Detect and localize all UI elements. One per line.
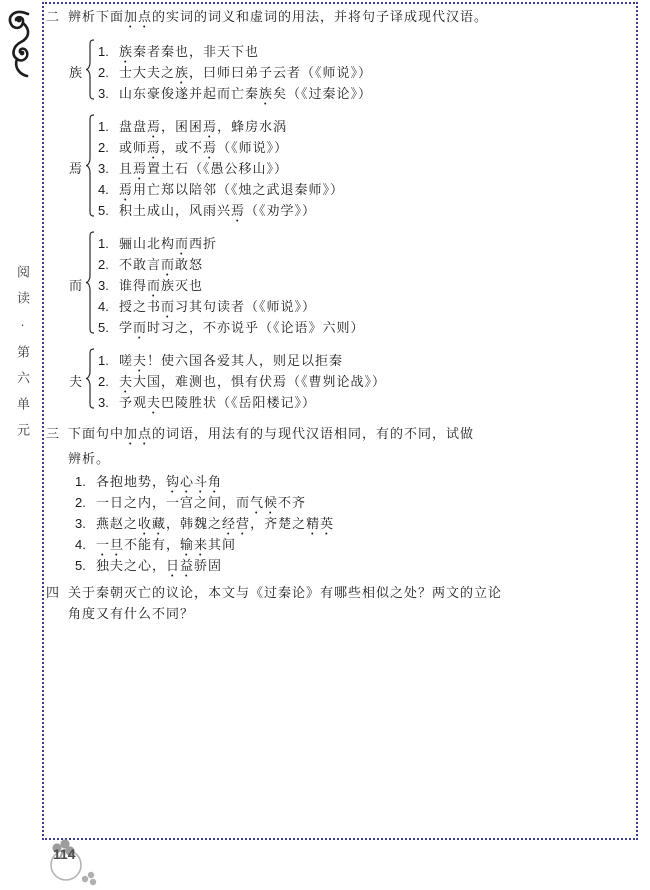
emphasized-word: 族 xyxy=(119,44,133,59)
text-line: 关于秦朝灭亡的议论，本文与《过秦论》有哪些相似之处？两文的立论 xyxy=(68,582,630,603)
emphasized-word: 而 xyxy=(147,278,161,293)
item-number: 1. xyxy=(75,471,96,492)
exercise-item: 2.士大夫之族，曰师曰弟子云者（《师说》） xyxy=(98,62,630,83)
emphasized-word: 收藏 xyxy=(138,516,166,531)
item-number: 2. xyxy=(98,371,119,392)
text-run: 燕赵之 xyxy=(96,516,138,531)
text-run: ，曰师曰弟子云者（《师说》） xyxy=(189,65,372,80)
text-run: 嗟 xyxy=(119,353,133,368)
text-run: 独夫之心， xyxy=(96,558,166,573)
item-text: 不敢言而敢怒 xyxy=(119,254,203,275)
emphasized-word: 焉 xyxy=(133,161,147,176)
item-text: 族秦者秦也，非天下也 xyxy=(119,41,259,62)
exercise-item: 4.焉用亡郑以陪邻（《烛之武退秦师》） xyxy=(98,179,630,200)
emphasized-word: 一旦 xyxy=(96,537,124,552)
text-run: 不齐 xyxy=(278,495,306,510)
item-text: 士大夫之族，曰师曰弟子云者（《师说》） xyxy=(119,62,372,83)
emphasized-word: 族 xyxy=(259,86,273,101)
text-run: 盘盘 xyxy=(119,119,147,134)
exercise-item: 1.嗟夫！使六国各爱其人，则足以拒秦 xyxy=(98,350,630,371)
item-text: 嗟夫！使六国各爱其人，则足以拒秦 xyxy=(119,350,343,371)
item-text: 一旦不能有，输来其间 xyxy=(96,534,236,555)
exercise-item: 4.授之书而习其句读者（《师说》） xyxy=(98,296,630,317)
group-items: 1.骊山北构而西折2.不敢言而敢怒3.谁得而族灭也4.授之书而习其句读者（《师说… xyxy=(98,233,630,338)
text-run: 矣（《过秦论》） xyxy=(273,86,372,101)
item-text: 夫大国，难测也，惧有伏焉（《曹刿论战》） xyxy=(119,371,386,392)
emphasized-word: 焉 xyxy=(203,140,217,155)
text-run: ，或不 xyxy=(161,140,203,155)
exercise-item: 5.积土成山，风雨兴焉（《劝学》） xyxy=(98,200,630,221)
text-run: 置土石（《愚公移山》） xyxy=(147,161,288,176)
section-three-title: 下面句中加点的词语，用法有的与现代汉语相同，有的不同，试做辨析。 xyxy=(68,423,630,469)
group-head-word: 族 xyxy=(68,62,84,83)
text-run: 学 xyxy=(119,320,133,335)
text-run: 关于秦朝灭亡的议论，本文与《过秦论》有哪些相似之处？两文的立论 xyxy=(68,585,502,600)
emphasized-word: 而 xyxy=(175,236,189,251)
group-items: 1.族秦者秦也，非天下也2.士大夫之族，曰师曰弟子云者（《师说》）3.山东豪俊遂… xyxy=(98,41,630,104)
item-number: 2. xyxy=(98,254,119,275)
item-text: 学而时习之，不亦说乎（《论语》六则） xyxy=(119,317,365,338)
item-number: 1. xyxy=(98,116,119,137)
text-run: 一日之内，一宫之间，而 xyxy=(96,495,250,510)
text-run: 予观 xyxy=(119,395,147,410)
text-run: （《劝学》） xyxy=(245,203,316,218)
text-run: 且 xyxy=(119,161,133,176)
emphasized-word: 而 xyxy=(161,257,175,272)
page-number: 114 xyxy=(53,846,76,862)
item-number: 3. xyxy=(98,392,119,413)
brace-icon xyxy=(85,114,95,223)
emphasized-word: 族 xyxy=(175,65,189,80)
section-two: 二 辨析下面加点的实词的词义和虚词的用法，并将句子译成现代汉语。 族1.族秦者秦… xyxy=(46,6,630,415)
emphasized-word: 精英 xyxy=(306,516,334,531)
item-number: 1. xyxy=(98,350,119,371)
emphasized-word: 夫 xyxy=(133,353,147,368)
item-number: 4. xyxy=(98,179,119,200)
item-number: 4. xyxy=(75,534,96,555)
text-run: 各抱地势， xyxy=(96,474,166,489)
item-text: 独夫之心，日益骄固 xyxy=(96,555,222,576)
section-two-marker: 二 xyxy=(46,6,68,31)
emphasized-word: 焉 xyxy=(231,203,245,218)
text-run: 士大夫之 xyxy=(119,65,175,80)
text-run: 巴陵胜状（《岳阳楼记》） xyxy=(161,395,316,410)
text-run: 下面句中 xyxy=(68,426,124,441)
item-text: 各抱地势，钩心斗角 xyxy=(96,471,222,492)
text-run: 的实词的词义和虚词的用法，并将句子译成现代汉语。 xyxy=(152,9,488,24)
item-text: 燕赵之收藏，韩魏之经营，齐楚之精英 xyxy=(96,513,334,534)
exercise-item: 1.族秦者秦也，非天下也 xyxy=(98,41,630,62)
emphasized-word: 加点 xyxy=(124,426,152,441)
item-number: 2. xyxy=(98,137,119,158)
exercise-item: 2.夫大国，难测也，惧有伏焉（《曹刿论战》） xyxy=(98,371,630,392)
section-two-title: 辨析下面加点的实词的词义和虚词的用法，并将句子译成现代汉语。 xyxy=(68,6,630,31)
text-run: 族灭也 xyxy=(161,278,203,293)
text-run: 谁得 xyxy=(119,278,147,293)
emphasized-word: 而 xyxy=(161,299,175,314)
sidebar-unit-label: 阅读·第六单元 xyxy=(13,265,32,449)
group-head-word: 夫 xyxy=(68,371,84,392)
item-text: 授之书而习其句读者（《师说》） xyxy=(119,296,316,317)
text-run: 习其句读者（《师说》） xyxy=(175,299,316,314)
exercise-item: 4.一旦不能有，输来其间 xyxy=(75,534,630,555)
exercise-item: 1.盘盘焉，囷囷焉，蜂房水涡 xyxy=(98,116,630,137)
item-number: 4. xyxy=(98,296,119,317)
text-run: 不敢言 xyxy=(119,257,161,272)
emphasized-word: 日益 xyxy=(166,558,194,573)
exercise-item: 1.骊山北构而西折 xyxy=(98,233,630,254)
brace-icon xyxy=(85,39,95,106)
item-text: 盘盘焉，囷囷焉，蜂房水涡 xyxy=(119,116,287,137)
item-number: 1. xyxy=(98,233,119,254)
item-text: 予观夫巴陵胜状（《岳阳楼记》） xyxy=(119,392,316,413)
word-group: 族1.族秦者秦也，非天下也2.士大夫之族，曰师曰弟子云者（《师说》）3.山东豪俊… xyxy=(68,39,630,106)
group-head-word: 而 xyxy=(68,275,84,296)
text-run: 的词语，用法有的与现代汉语相同，有的不同，试做 xyxy=(152,426,474,441)
word-group: 夫1.嗟夫！使六国各爱其人，则足以拒秦2.夫大国，难测也，惧有伏焉（《曹刿论战》… xyxy=(68,348,630,415)
text-run: 秦者秦也，非天下也 xyxy=(133,44,259,59)
item-number: 2. xyxy=(75,492,96,513)
group-items: 1.盘盘焉，囷囷焉，蜂房水涡2.或师焉，或不焉（《师说》）3.且焉置土石（《愚公… xyxy=(98,116,630,221)
item-number: 5. xyxy=(98,317,119,338)
emphasized-word: 输来 xyxy=(180,537,208,552)
emphasized-word: 钩心斗角 xyxy=(166,474,222,489)
exercise-item: 3.燕赵之收藏，韩魏之经营，齐楚之精英 xyxy=(75,513,630,534)
section-three: 三 下面句中加点的词语，用法有的与现代汉语相同，有的不同，试做辨析。 1.各抱地… xyxy=(46,423,630,576)
word-group: 焉1.盘盘焉，囷囷焉，蜂房水涡2.或师焉，或不焉（《师说》）3.且焉置土石（《愚… xyxy=(68,114,630,223)
text-run: 积土成山，风雨兴 xyxy=(119,203,231,218)
text-line: 角度又有什么不同？ xyxy=(68,603,630,624)
exercise-item: 1.各抱地势，钩心斗角 xyxy=(75,471,630,492)
emphasized-word: 气候 xyxy=(250,495,278,510)
text-run: 时习之，不亦说乎（《论语》六则） xyxy=(147,320,365,335)
item-text: 谁得而族灭也 xyxy=(119,275,203,296)
text-run: 骊山北构 xyxy=(119,236,175,251)
text-run: 辨析下面 xyxy=(68,9,124,24)
text-run: 大国，难测也，惧有伏焉（《曹刿论战》） xyxy=(133,374,386,389)
group-items: 1.嗟夫！使六国各爱其人，则足以拒秦2.夫大国，难测也，惧有伏焉（《曹刿论战》）… xyxy=(98,350,630,413)
section-three-marker: 三 xyxy=(46,423,68,469)
item-number: 5. xyxy=(98,200,119,221)
text-run: 用亡郑以陪邻（《烛之武退秦师》） xyxy=(133,182,344,197)
item-text: 且焉置土石（《愚公移山》） xyxy=(119,158,288,179)
section-four: 四 关于秦朝灭亡的议论，本文与《过秦论》有哪些相似之处？两文的立论角度又有什么不… xyxy=(46,582,630,624)
item-number: 2. xyxy=(98,62,119,83)
text-run: ！使六国各爱其人，则足以拒秦 xyxy=(147,353,343,368)
item-text: 积土成山，风雨兴焉（《劝学》） xyxy=(119,200,316,221)
emphasized-word: 经营 xyxy=(222,516,250,531)
item-number: 3. xyxy=(98,83,119,104)
group-head-word: 焉 xyxy=(68,158,84,179)
emphasized-word: 夫 xyxy=(119,374,133,389)
word-group: 而1.骊山北构而西折2.不敢言而敢怒3.谁得而族灭也4.授之书而习其句读者（《师… xyxy=(68,231,630,340)
text-run: ，韩魏之 xyxy=(166,516,222,531)
emphasized-word: 而 xyxy=(133,320,147,335)
decorative-flourish-icon xyxy=(4,8,42,87)
emphasized-word: 焉 xyxy=(203,119,217,134)
brace-icon xyxy=(85,348,95,415)
item-number: 1. xyxy=(98,41,119,62)
text-run: 辨析。 xyxy=(68,451,110,466)
emphasized-word: 焉 xyxy=(147,140,161,155)
exercise-item: 2.或师焉，或不焉（《师说》） xyxy=(98,137,630,158)
section-three-items: 1.各抱地势，钩心斗角2.一日之内，一宫之间，而气候不齐3.燕赵之收藏，韩魏之经… xyxy=(75,471,630,576)
text-run: 西折 xyxy=(189,236,217,251)
exercise-item: 3.谁得而族灭也 xyxy=(98,275,630,296)
item-text: 骊山北构而西折 xyxy=(119,233,217,254)
text-line: 下面句中加点的词语，用法有的与现代汉语相同，有的不同，试做 xyxy=(68,423,630,448)
text-run: 不能有， xyxy=(124,537,180,552)
text-run: 敢怒 xyxy=(175,257,203,272)
text-run: ，囷囷 xyxy=(161,119,203,134)
section-four-title: 关于秦朝灭亡的议论，本文与《过秦论》有哪些相似之处？两文的立论角度又有什么不同？ xyxy=(68,582,630,624)
item-text: 山东豪俊遂并起而亡秦族矣（《过秦论》） xyxy=(119,83,372,104)
exercise-item: 3.且焉置土石（《愚公移山》） xyxy=(98,158,630,179)
text-run: 角度又有什么不同？ xyxy=(68,606,194,621)
exercise-item: 5.独夫之心，日益骄固 xyxy=(75,555,630,576)
brace-icon xyxy=(85,231,95,340)
text-run: 或师 xyxy=(119,140,147,155)
text-run: 授之书 xyxy=(119,299,161,314)
item-text: 焉用亡郑以陪邻（《烛之武退秦师》） xyxy=(119,179,344,200)
exercise-item: 3.山东豪俊遂并起而亡秦族矣（《过秦论》） xyxy=(98,83,630,104)
item-number: 5. xyxy=(75,555,96,576)
item-text: 或师焉，或不焉（《师说》） xyxy=(119,137,288,158)
item-number: 3. xyxy=(75,513,96,534)
text-run: ，蜂房水涡 xyxy=(217,119,287,134)
exercise-item: 2.不敢言而敢怒 xyxy=(98,254,630,275)
item-text: 一日之内，一宫之间，而气候不齐 xyxy=(96,492,306,513)
exercise-item: 3.予观夫巴陵胜状（《岳阳楼记》） xyxy=(98,392,630,413)
text-run: （《师说》） xyxy=(217,140,288,155)
emphasized-word: 焉 xyxy=(119,182,133,197)
text-line: 辨析。 xyxy=(68,448,630,469)
emphasized-word: 夫 xyxy=(147,395,161,410)
exercise-item: 2.一日之内，一宫之间，而气候不齐 xyxy=(75,492,630,513)
text-run: 骄固 xyxy=(194,558,222,573)
emphasized-word: 加点 xyxy=(124,9,152,24)
item-number: 3. xyxy=(98,158,119,179)
emphasized-word: 焉 xyxy=(147,119,161,134)
text-run: ，齐楚之 xyxy=(250,516,306,531)
section-four-marker: 四 xyxy=(46,582,68,624)
item-number: 3. xyxy=(98,275,119,296)
word-groups: 族1.族秦者秦也，非天下也2.士大夫之族，曰师曰弟子云者（《师说》）3.山东豪俊… xyxy=(46,39,630,415)
page-content: 二 辨析下面加点的实词的词义和虚词的用法，并将句子译成现代汉语。 族1.族秦者秦… xyxy=(46,6,630,630)
text-run: 山东豪俊遂并起而亡秦 xyxy=(119,86,259,101)
exercise-item: 5.学而时习之，不亦说乎（《论语》六则） xyxy=(98,317,630,338)
text-run: 其间 xyxy=(208,537,236,552)
